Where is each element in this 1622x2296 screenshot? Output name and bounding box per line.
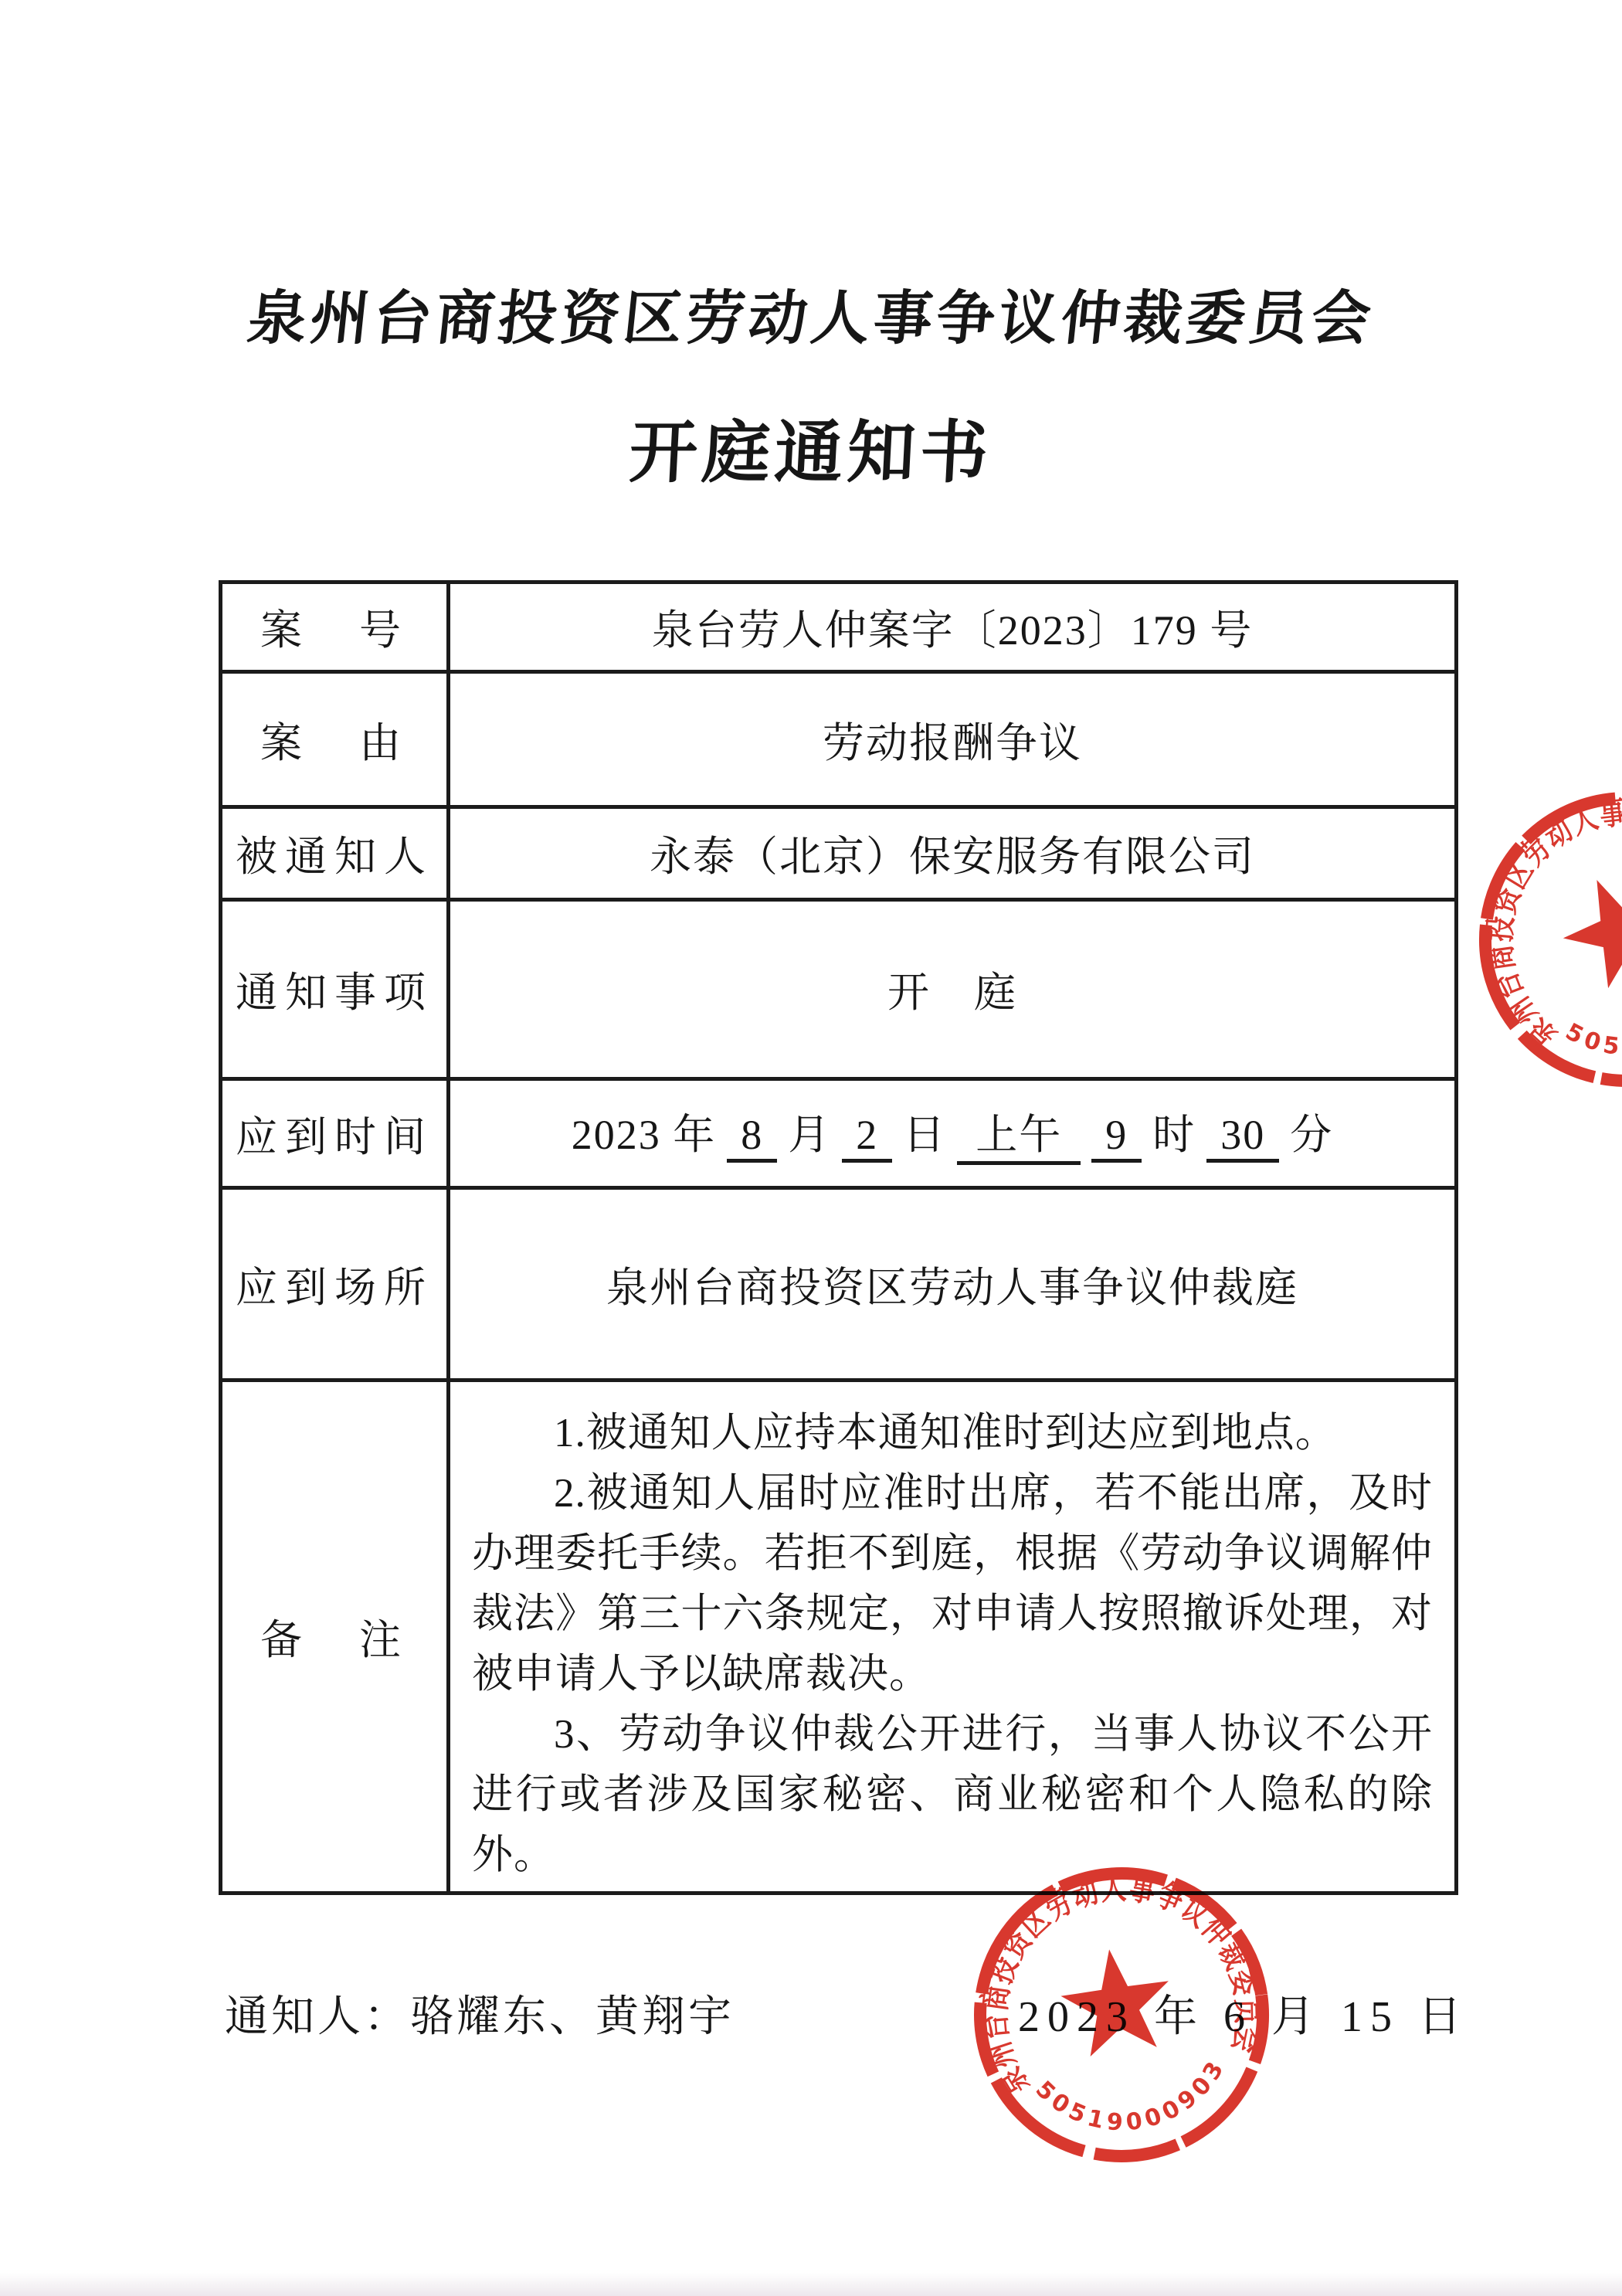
appearance-time-label: 应到时间 [221,1079,449,1188]
doc-title: 开庭通知书 [0,417,1622,492]
notified-party-label: 被通知人 [221,807,449,900]
table-row: 备 注 1.被通知人应持本通知准时到达应到地点。 2.被通知人届时应准时出席，若… [221,1381,1457,1894]
seal-ring-text: 泉州台商投资区劳动人事争议仲裁委员会 [1435,748,1622,1061]
remarks-item-2: 2.被通知人届时应准时出席，若不能出席，及时办理委托手续。若拒不到庭，根据《劳动… [472,1463,1433,1704]
time-day-unit: 日 [903,1102,946,1161]
svg-text:泉州台商投资区劳动人事争议仲裁委员会: 泉州台商投资区劳动人事争议仲裁委员会 [1435,748,1622,1061]
notice-matter-label: 通知事项 [221,900,449,1079]
time-hour-unit: 时 [1152,1102,1196,1161]
notice-table: 案 号 泉台劳人仲案字〔2023〕179 号 案 由 劳动报酬争议 被通知人 永… [219,580,1458,1895]
remarks-label: 备 注 [221,1381,449,1894]
time-hour-blank: 9 [1091,1111,1142,1163]
time-period-blank: 上午 [957,1102,1081,1165]
seal-star-icon [1547,858,1622,997]
notifier-line: 通知人：骆耀东、黄翔宇 [225,1982,735,2044]
appearance-venue-value: 泉州台商投资区劳动人事争议仲裁庭 [449,1188,1457,1381]
remarks-item-1: 1.被通知人应持本通知准时到达应到地点。 [472,1403,1433,1463]
notice-document-page: 泉州台商投资区劳动人事争议仲裁委员会 开庭通知书 案 号 泉台劳人仲案字〔202… [0,0,1622,2296]
table-row: 应到场所 泉州台商投资区劳动人事争议仲裁庭 [221,1188,1457,1381]
remarks-value: 1.被通知人应持本通知准时到达应到地点。 2.被通知人届时应准时出席，若不能出席… [449,1381,1457,1894]
notified-party-value: 永泰（北京）保安服务有限公司 [449,807,1457,900]
case-cause-label: 案 由 [221,672,449,807]
table-row: 应到时间 2023 年 8 月 2 日 上午 9 时 30 分 [221,1079,1457,1188]
seal-ring [1440,752,1622,1126]
case-cause-value: 劳动报酬争议 [449,672,1457,807]
time-day-blank: 2 [842,1111,892,1163]
org-title: 泉州台商投资区劳动人事争议仲裁委员会 [0,287,1622,352]
remarks-item-3: 3、劳动争议仲裁公开进行，当事人协议不公开进行或者涉及国家秘密、商业秘密和个人隐… [472,1704,1433,1885]
table-row: 案 由 劳动报酬争议 [221,672,1457,807]
table-row: 案 号 泉台劳人仲案字〔2023〕179 号 [221,582,1457,672]
appearance-venue-label: 应到场所 [221,1188,449,1381]
time-minute-blank: 30 [1206,1111,1279,1163]
notifier-names: 骆耀东、黄翔宇 [410,1993,735,2041]
time-year: 2023 年 [572,1102,717,1161]
case-number-label: 案 号 [221,582,449,672]
table-row: 被通知人 永泰（北京）保安服务有限公司 [221,807,1457,900]
issue-date: 2023 年 6 月 15 日 [1018,1982,1469,2044]
notifier-label: 通知人： [225,1993,410,2041]
time-month-unit: 月 [788,1102,831,1161]
time-minute-unit: 分 [1290,1102,1333,1161]
appearance-time-value: 2023 年 8 月 2 日 上午 9 时 30 分 [449,1079,1457,1188]
notice-matter-value: 开 庭 [449,900,1457,1079]
table-row: 通知事项 开 庭 [221,900,1457,1079]
scan-noise-band [0,2273,1622,2296]
time-month-blank: 8 [727,1111,777,1163]
case-number-value: 泉台劳人仲案字〔2023〕179 号 [449,582,1457,672]
